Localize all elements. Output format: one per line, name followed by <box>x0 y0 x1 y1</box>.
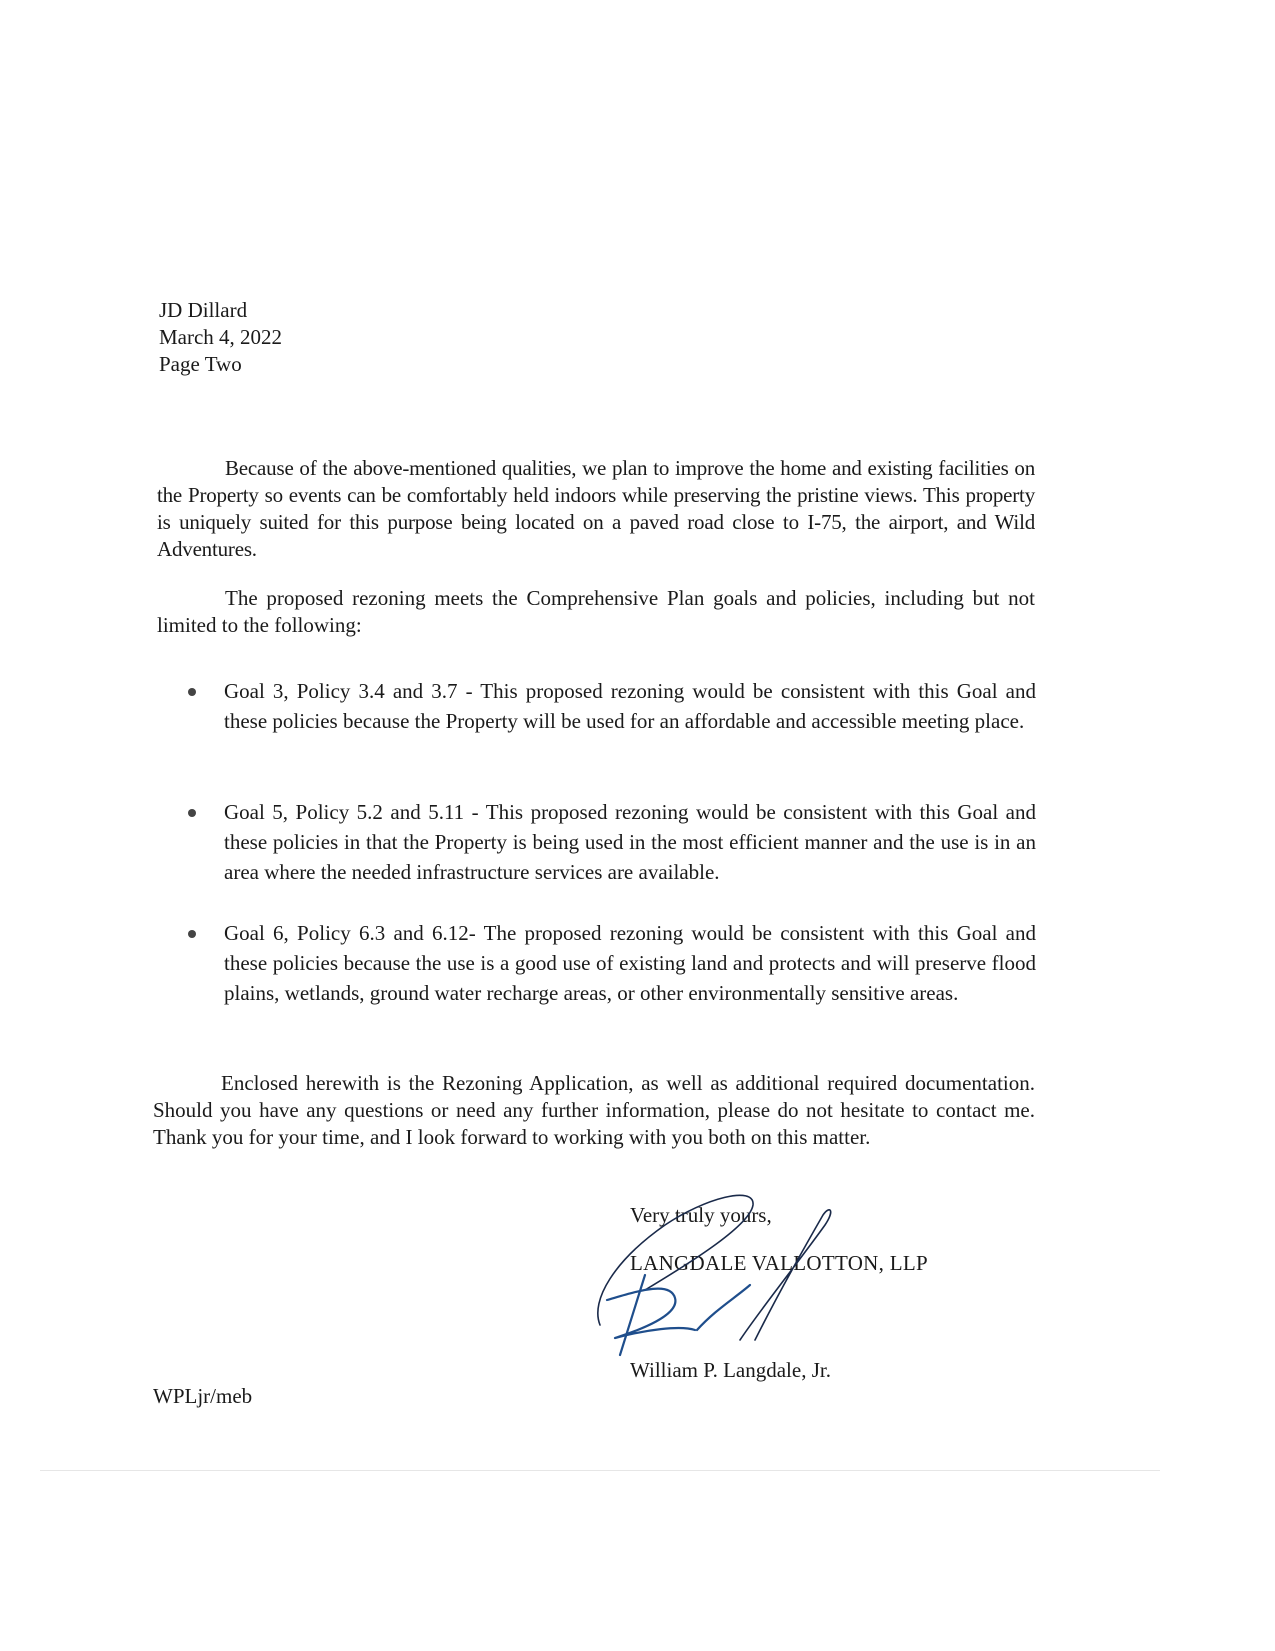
letter-page: JD Dillard March 4, 2022 Page Two Becaus… <box>0 0 1275 1651</box>
recipient-name: JD Dillard <box>159 297 282 324</box>
bullet-icon <box>188 688 196 696</box>
paragraph-text: The proposed rezoning meets the Comprehe… <box>157 586 1035 637</box>
page-label: Page Two <box>159 351 282 378</box>
paragraph-comprehensive-plan: The proposed rezoning meets the Comprehe… <box>157 585 1035 639</box>
paragraph-enclosure: Enclosed herewith is the Rezoning Applic… <box>153 1070 1035 1151</box>
bullet-goal-3: Goal 3, Policy 3.4 and 3.7 - This propos… <box>224 676 1036 736</box>
footer-divider <box>40 1470 1160 1471</box>
bullet-goal-5: Goal 5, Policy 5.2 and 5.11 - This propo… <box>224 797 1036 887</box>
paragraph-qualities: Because of the above-mentioned qualities… <box>157 455 1035 563</box>
signer-name: William P. Langdale, Jr. <box>630 1358 831 1383</box>
letter-header: JD Dillard March 4, 2022 Page Two <box>159 297 282 378</box>
signature-icon <box>585 1180 845 1360</box>
paragraph-text: Enclosed herewith is the Rezoning Applic… <box>153 1071 1035 1149</box>
paragraph-text: Because of the above-mentioned qualities… <box>157 456 1035 561</box>
bullet-icon <box>188 809 196 817</box>
bullet-icon <box>188 930 196 938</box>
letter-date: March 4, 2022 <box>159 324 282 351</box>
typist-initials: WPLjr/meb <box>153 1384 252 1409</box>
bullet-goal-6: Goal 6, Policy 6.3 and 6.12- The propose… <box>224 918 1036 1008</box>
